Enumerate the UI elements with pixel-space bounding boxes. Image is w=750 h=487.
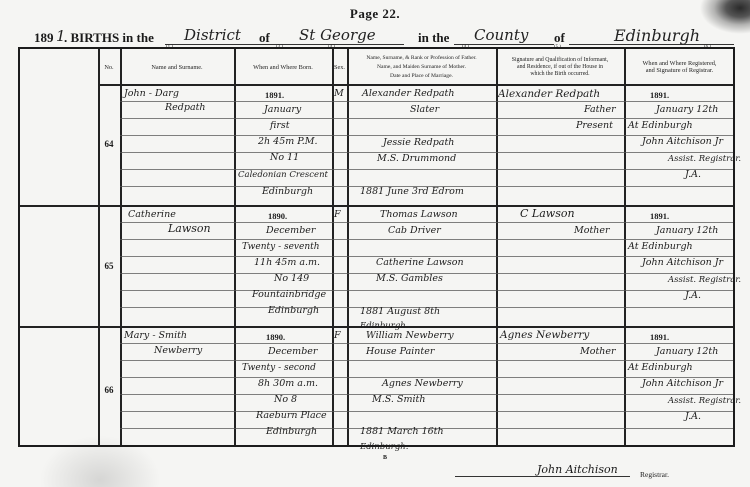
- birth-house-number: No 149: [274, 273, 309, 285]
- year-prefix: 189: [34, 30, 54, 46]
- district-word: District: [184, 26, 241, 44]
- father-occupation: Cab Driver: [388, 225, 441, 237]
- column-header-no: No.: [98, 49, 120, 85]
- birth-month: December: [266, 225, 315, 237]
- column-header-informant: Signature and Qualification of Informant…: [496, 49, 624, 85]
- column-rule: [234, 49, 236, 445]
- father-name: Alexander Redpath: [362, 88, 454, 100]
- signature-line: [455, 476, 630, 477]
- entry-rule: [20, 205, 733, 207]
- birth-town: Edinburgh: [268, 305, 319, 317]
- registrar-initials: J.A.: [685, 290, 701, 302]
- registrar-footer: John Aitchison Registrar.: [455, 463, 705, 483]
- column-header-registered: When and Where Registered, and Signature…: [624, 49, 735, 85]
- birth-street: Caledonian Crescent: [238, 169, 328, 181]
- birth-time: 11h 45m a.m.: [254, 257, 320, 269]
- father-occupation: Slater: [410, 104, 439, 116]
- entry-number: 65: [98, 261, 120, 271]
- mother-name: Jessie Redpath: [383, 137, 454, 149]
- father-name: Thomas Lawson: [380, 209, 458, 221]
- column-header-name: Name and Surname.: [120, 49, 234, 85]
- register-page: Page 22. 189 1 . BIRTHS in the District …: [0, 0, 750, 487]
- registration-place: At Edinburgh: [628, 362, 693, 374]
- child-surname: Newberry: [154, 345, 202, 357]
- marriage-place: Edinburgh.: [360, 441, 408, 453]
- birth-year: 1890.: [266, 331, 285, 343]
- mother-name: Agnes Newberry: [382, 378, 463, 390]
- county-name: Edinburgh: [614, 26, 700, 45]
- column-header-parents: Name, Surname, & Rank or Profession of F…: [347, 49, 496, 85]
- birth-time: 8h 30m a.m.: [258, 378, 318, 390]
- registrar-title: Assist. Registrar.: [668, 395, 741, 407]
- in-the-label: in the: [418, 30, 449, 46]
- child-sex: F: [334, 209, 341, 221]
- registrar-initials: J.A.: [685, 169, 701, 181]
- informant-signature: C Lawson: [520, 208, 575, 220]
- birth-time: 2h 45m P.M.: [258, 136, 318, 148]
- column-rule: [332, 49, 334, 445]
- registration-place: At Edinburgh: [628, 120, 693, 132]
- birth-day: Twenty - seventh: [242, 241, 320, 253]
- registration-year: 1891.: [650, 210, 669, 222]
- birth-house-number: No 8: [274, 394, 297, 406]
- mother-name: Catherine Lawson: [376, 257, 464, 269]
- informant-qualification: Mother: [580, 346, 616, 358]
- sheet-letter: B: [383, 455, 387, 461]
- father-name: William Newberry: [366, 330, 454, 342]
- registrar-footer-signature: John Aitchison: [537, 463, 618, 476]
- child-surname: Redpath: [165, 102, 206, 114]
- registration-date: January 12th: [656, 346, 718, 358]
- father-occupation: House Painter: [366, 346, 434, 358]
- birth-street: Fountainbridge: [252, 289, 326, 301]
- registrar-title: Assist. Registrar.: [668, 274, 741, 286]
- marriage-details: 1881 March 16th: [360, 426, 444, 438]
- district-name-underline: [274, 44, 404, 45]
- column-rule: [347, 49, 349, 445]
- column-rule: [496, 49, 498, 445]
- county-word: County: [474, 26, 528, 44]
- birth-year: 1891.: [265, 89, 284, 101]
- column-rule: [624, 49, 626, 445]
- page-number: Page 22.: [0, 6, 750, 22]
- birth-year: 1890.: [268, 210, 287, 222]
- of-label: of: [259, 30, 270, 46]
- registrar-signature: John Aitchison Jr: [642, 257, 723, 269]
- marriage-details: 1881 June 3rd Edrom: [360, 186, 464, 198]
- birth-town: Edinburgh: [262, 186, 313, 198]
- register-heading: 189 1 . BIRTHS in the District of St Geo…: [34, 26, 734, 46]
- birth-register-table: No. Name and Surname. When and Where Bor…: [18, 47, 735, 447]
- informant-signature: Alexander Redpath: [498, 88, 600, 100]
- birth-month: January: [264, 104, 301, 116]
- child-surname: Lawson: [168, 223, 211, 235]
- child-forenames: Catherine: [128, 209, 176, 221]
- birth-day: Twenty - second: [242, 362, 316, 374]
- informant-signature: Agnes Newberry: [500, 329, 589, 341]
- birth-house-number: No 11: [270, 152, 299, 164]
- birth-day: first: [270, 120, 290, 132]
- births-label: . BIRTHS in the: [64, 30, 154, 46]
- of-label-2: of: [554, 30, 565, 46]
- birth-month: December: [268, 346, 317, 358]
- child-sex: M: [334, 88, 344, 100]
- district-name: St George: [299, 26, 376, 44]
- registration-place: At Edinburgh: [628, 241, 693, 253]
- registration-year: 1891.: [650, 89, 669, 101]
- informant-qualification: Father: [584, 104, 616, 116]
- column-header-sex: Sex.: [332, 49, 347, 85]
- entry-number: 64: [98, 139, 120, 149]
- mother-maiden-name: M.S. Drummond: [377, 153, 456, 165]
- column-rule: [120, 49, 122, 445]
- mother-maiden-name: M.S. Gambles: [376, 273, 443, 285]
- registration-date: January 12th: [656, 225, 718, 237]
- entry-number: 66: [98, 385, 120, 395]
- registration-date: January 12th: [656, 104, 718, 116]
- birth-town: Edinburgh: [266, 426, 317, 438]
- registration-year: 1891.: [650, 331, 669, 343]
- registrar-signature: John Aitchison Jr: [642, 378, 723, 390]
- birth-street: Raeburn Place: [256, 410, 327, 422]
- column-header-born: When and Where Born.: [234, 49, 332, 85]
- informant-qualification: Mother: [574, 225, 610, 237]
- registrar-initials: J.A.: [685, 411, 701, 423]
- child-sex: F: [334, 330, 341, 342]
- child-forenames: Mary - Smith: [124, 330, 187, 342]
- child-forenames: John - Darg: [124, 88, 179, 100]
- mother-maiden-name: M.S. Smith: [372, 394, 425, 406]
- registrar-footer-label: Registrar.: [640, 470, 669, 479]
- registrar-title: Assist. Registrar.: [668, 153, 741, 165]
- marriage-details: 1881 August 8th: [360, 306, 440, 318]
- registrar-signature: John Aitchison Jr: [642, 136, 723, 148]
- informant-residence: Present: [576, 120, 613, 132]
